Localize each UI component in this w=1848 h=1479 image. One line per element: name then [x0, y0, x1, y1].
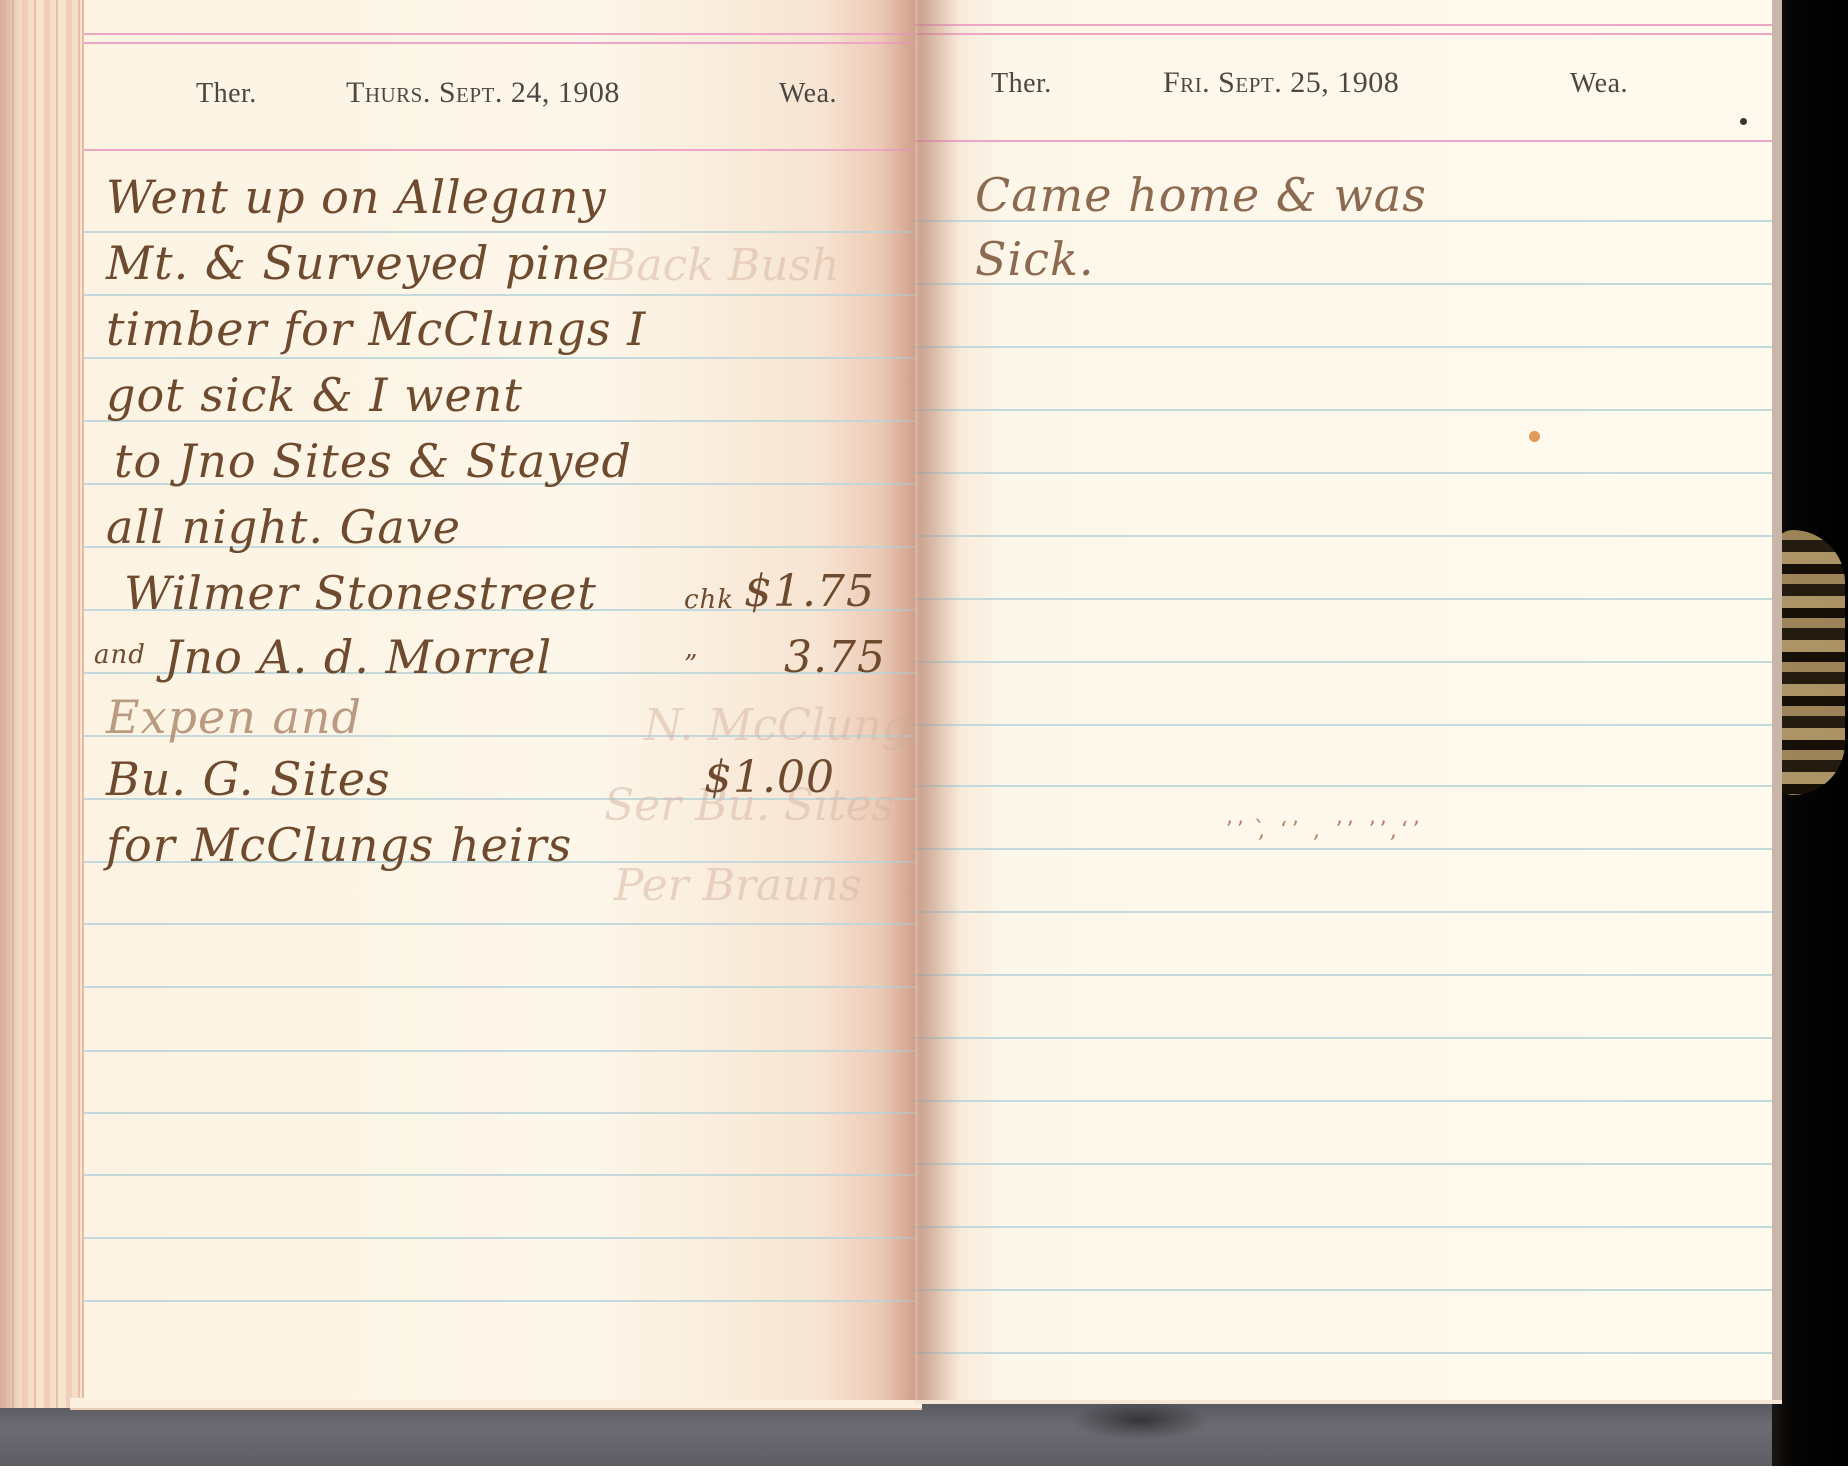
expense-line: Expen and	[106, 690, 362, 744]
diary-page-left: Back Bush N. McClung Ser Bu. Sites Per B…	[84, 0, 922, 1400]
ledger-name: Jno A. d. Morrel	[164, 630, 552, 684]
header-rule	[915, 140, 1772, 142]
bleed-through-text: Back Bush	[604, 240, 839, 291]
ruled-line	[915, 911, 1772, 913]
brass-clasp	[1775, 530, 1845, 795]
page-date: Fri. Sept. 25, 1908	[1163, 66, 1399, 100]
ruled-line	[915, 472, 1772, 474]
entry-line: got sick & I went	[106, 368, 523, 422]
ledger-ditto: ”	[684, 650, 698, 680]
bleed-through-text: Per Brauns	[614, 860, 862, 911]
payment-name: Bu. G. Sites	[106, 752, 391, 806]
bleed-through-text: N. McClung	[644, 700, 910, 751]
diary-page-right: Ther. Fri. Sept. 25, 1908 Wea. Came home…	[915, 0, 1782, 1400]
ruled-line	[915, 346, 1772, 348]
ruled-line	[915, 598, 1772, 600]
weather-label: Wea.	[779, 78, 837, 110]
ledger-prefix: and	[94, 640, 146, 670]
ruled-line	[915, 1289, 1772, 1291]
ruled-line	[84, 1112, 922, 1114]
stain-dot	[1529, 431, 1540, 442]
entry-line: Sick.	[975, 232, 1094, 286]
thermometer-label: Ther.	[991, 68, 1052, 100]
ruled-line	[915, 409, 1772, 411]
ruled-line	[84, 1300, 922, 1302]
page-date: Thurs. Sept. 24, 1908	[346, 76, 620, 110]
entry-line: Mt. & Surveyed pine	[106, 236, 610, 290]
ruled-line	[84, 231, 922, 233]
ruled-line	[915, 1226, 1772, 1228]
ink-dot	[1740, 118, 1747, 125]
ruled-line	[915, 1163, 1772, 1165]
ruled-line	[84, 357, 922, 359]
ruled-line	[915, 724, 1772, 726]
ledger-amount: $1.75	[744, 566, 875, 617]
ruled-line	[84, 1174, 922, 1176]
header-rule	[915, 33, 1772, 35]
ruled-line	[915, 1100, 1772, 1102]
thermometer-label: Ther.	[196, 78, 257, 110]
ledger-amount: 3.75	[784, 632, 886, 683]
ruled-line	[915, 848, 1772, 850]
ink-spatter: ʼʼ ,̀ ʻʼ , ʼʼ ʼʼ,ʻʼ	[1225, 818, 1423, 843]
ruled-line	[84, 294, 922, 296]
ledger-name: Wilmer Stonestreet	[124, 566, 597, 620]
ruled-line	[915, 1037, 1772, 1039]
ruled-line	[915, 785, 1772, 787]
ruled-line	[84, 986, 922, 988]
entry-line: to Jno Sites & Stayed	[114, 434, 632, 488]
ruled-line	[915, 661, 1772, 663]
header-rule	[84, 42, 922, 44]
ruled-line	[84, 923, 922, 925]
payment-amount: $1.00	[704, 752, 835, 803]
ruled-line	[915, 535, 1772, 537]
ruled-line	[84, 1237, 922, 1239]
header-rule	[84, 149, 922, 151]
header-rule	[84, 33, 922, 35]
entry-line: Came home & was	[975, 168, 1427, 222]
entry-line: timber for McClungs I	[106, 302, 646, 356]
weather-label: Wea.	[1570, 68, 1628, 100]
ruled-line	[915, 1352, 1772, 1354]
entry-line: Went up on Allegany	[106, 170, 606, 224]
ruled-line	[84, 1050, 922, 1052]
header-rule	[915, 24, 1772, 26]
ruled-line	[915, 974, 1772, 976]
gutter-shadow	[880, 0, 960, 1400]
page-edge-stack	[0, 0, 84, 1408]
entry-footer-line: for McClungs heirs	[106, 818, 572, 872]
entry-line: all night. Gave	[106, 500, 461, 554]
ledger-note: chk	[684, 585, 734, 615]
